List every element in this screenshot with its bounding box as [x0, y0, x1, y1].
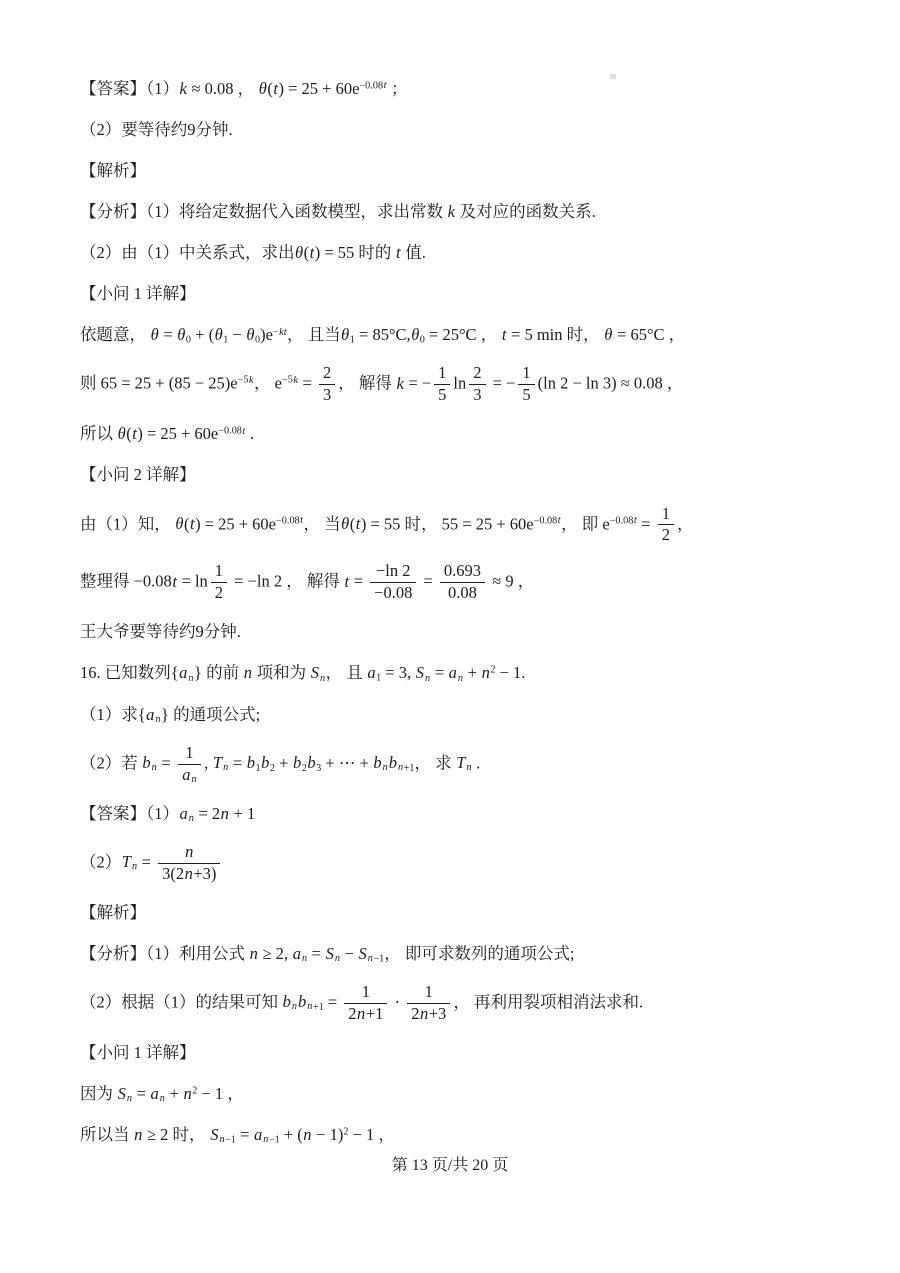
q15-answer-line-1: 【答案】（1）k ≈ 0.08 ， θ(t) = 25 + 60e−0.08t … [80, 76, 824, 102]
q16-part2: （2）若 bn = 1an, Tn = b1b2 + b2b3 + ⋯ + bn… [80, 743, 824, 786]
q16-fenxi-line-1: 【分析】（1）利用公式 n ≥ 2, an = Sn − Sn−1， 即可求数列… [80, 941, 824, 967]
q15-sol1-line-1: 依题意， θ = θ0 + (θ1 − θ0)e−kt， 且当θ1 = 85°C… [80, 322, 824, 348]
q16-sol1-line-1: 因为 Sn = an + n2 − 1 ， [80, 1081, 824, 1107]
q16-answer-line-2: （2）Tn = n3(2n+3) [80, 842, 824, 885]
q15-sol2-line-1: 由（1）知， θ(t) = 25 + 60e−0.08t， 当θ(t) = 55… [80, 504, 824, 547]
q15-sol2-line-2: 整理得 −0.08t = ln12 = −ln 2 ， 解得 t = −ln 2… [80, 561, 824, 604]
page-footer: 第 13 页/共 20 页 [0, 1152, 900, 1175]
q16-part1: （1）求{an} 的通项公式; [80, 702, 824, 728]
q16-answer-line-1: 【答案】（1）an = 2n + 1 [80, 801, 824, 827]
q16-sol1-line-2: 所以当 n ≥ 2 时， Sn−1 = an−1 + (n − 1)2 − 1 … [80, 1122, 824, 1148]
q15-answer-line-2: （2）要等待约9分钟. [80, 117, 824, 143]
q15-jiexi-label: 【解析】 [80, 158, 824, 184]
q15-fenxi-line-1: 【分析】（1）将给定数据代入函数模型，求出常数 k 及对应的函数关系. [80, 199, 824, 225]
q16-fenxi-line-2: （2）根据（1）的结果可知 bnbn+1 = 12n+1 ⋅ 12n+3， 再利… [80, 982, 824, 1025]
q15-sol1-line-3: 所以 θ(t) = 25 + 60e−0.08t . [80, 421, 824, 447]
q16-jiexi-label: 【解析】 [80, 900, 824, 926]
q15-sol1-line-2: 则 65 = 25 + (85 − 25)e−5k， e−5k = 23， 解得… [80, 363, 824, 406]
document-body: 【答案】（1）k ≈ 0.08 ， θ(t) = 25 + 60e−0.08t … [0, 0, 900, 1148]
q15-xiaowen2-label: 【小问 2 详解】 [80, 462, 824, 488]
q15-fenxi-line-2: （2）由（1）中关系式，求出θ(t) = 55 时的 t 值. [80, 240, 824, 266]
q15-xiaowen1-label: 【小问 1 详解】 [80, 281, 824, 307]
q16-xiaowen1-label: 【小问 1 详解】 [80, 1040, 824, 1066]
q16-statement: 16. 已知数列{an} 的前 n 项和为 Sn， 且 a1 = 3, Sn =… [80, 660, 824, 686]
q15-sol2-line-3: 王大爷要等待约9分钟. [80, 619, 824, 645]
stray-scan-mark [610, 74, 616, 79]
